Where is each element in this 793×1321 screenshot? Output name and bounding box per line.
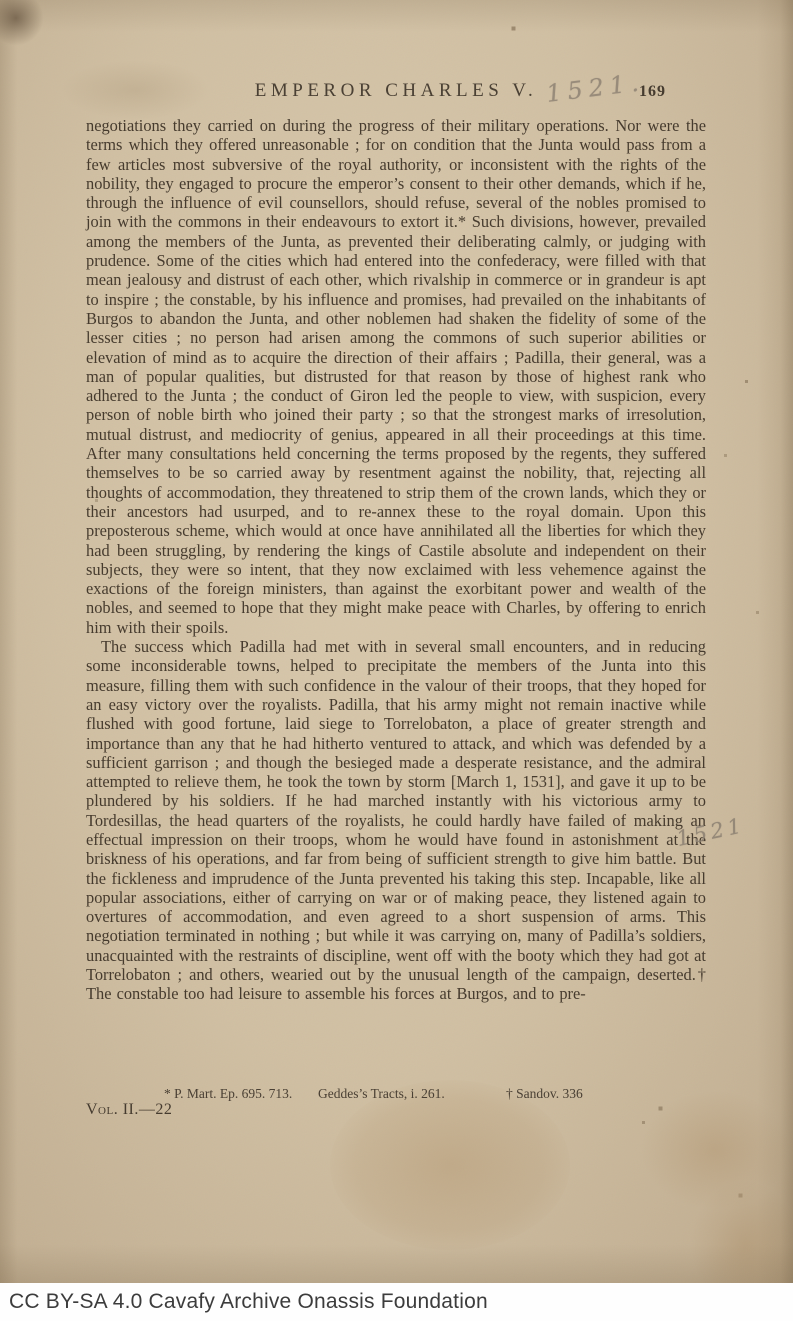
paragraph: negotiations they carried on during the … xyxy=(86,116,706,637)
page-header: EMPEROR CHARLES V. 1521. 169 xyxy=(86,80,706,106)
license-text: CC BY-SA 4.0 Cavafy Archive Onassis Foun… xyxy=(0,1290,488,1314)
footnote-reference: * P. Mart. Ep. 695. 713. xyxy=(164,1086,292,1102)
volume-signature: Vol. II.—22 xyxy=(86,1101,172,1119)
license-bar: CC BY-SA 4.0 Cavafy Archive Onassis Foun… xyxy=(0,1283,793,1321)
footnote-row: * P. Mart. Ep. 695. 713. Geddes’s Tracts… xyxy=(86,1086,706,1104)
paper-stain-corner xyxy=(0,0,46,48)
paper-stain xyxy=(330,1080,570,1250)
paper-specks xyxy=(0,0,1,1)
page-number: 169 xyxy=(639,83,666,101)
paper-stain xyxy=(690,1180,793,1283)
book-page-scan: EMPEROR CHARLES V. 1521. 169 negotiation… xyxy=(0,0,793,1283)
footnote-reference: † Sandov. 336 xyxy=(506,1086,583,1102)
paper-stain xyxy=(640,1090,790,1210)
footnote-reference: Geddes’s Tracts, i. 261. xyxy=(318,1086,445,1102)
paragraph: The success which Padilla had met with i… xyxy=(86,637,706,1004)
page-body: negotiations they carried on during the … xyxy=(86,116,706,1004)
